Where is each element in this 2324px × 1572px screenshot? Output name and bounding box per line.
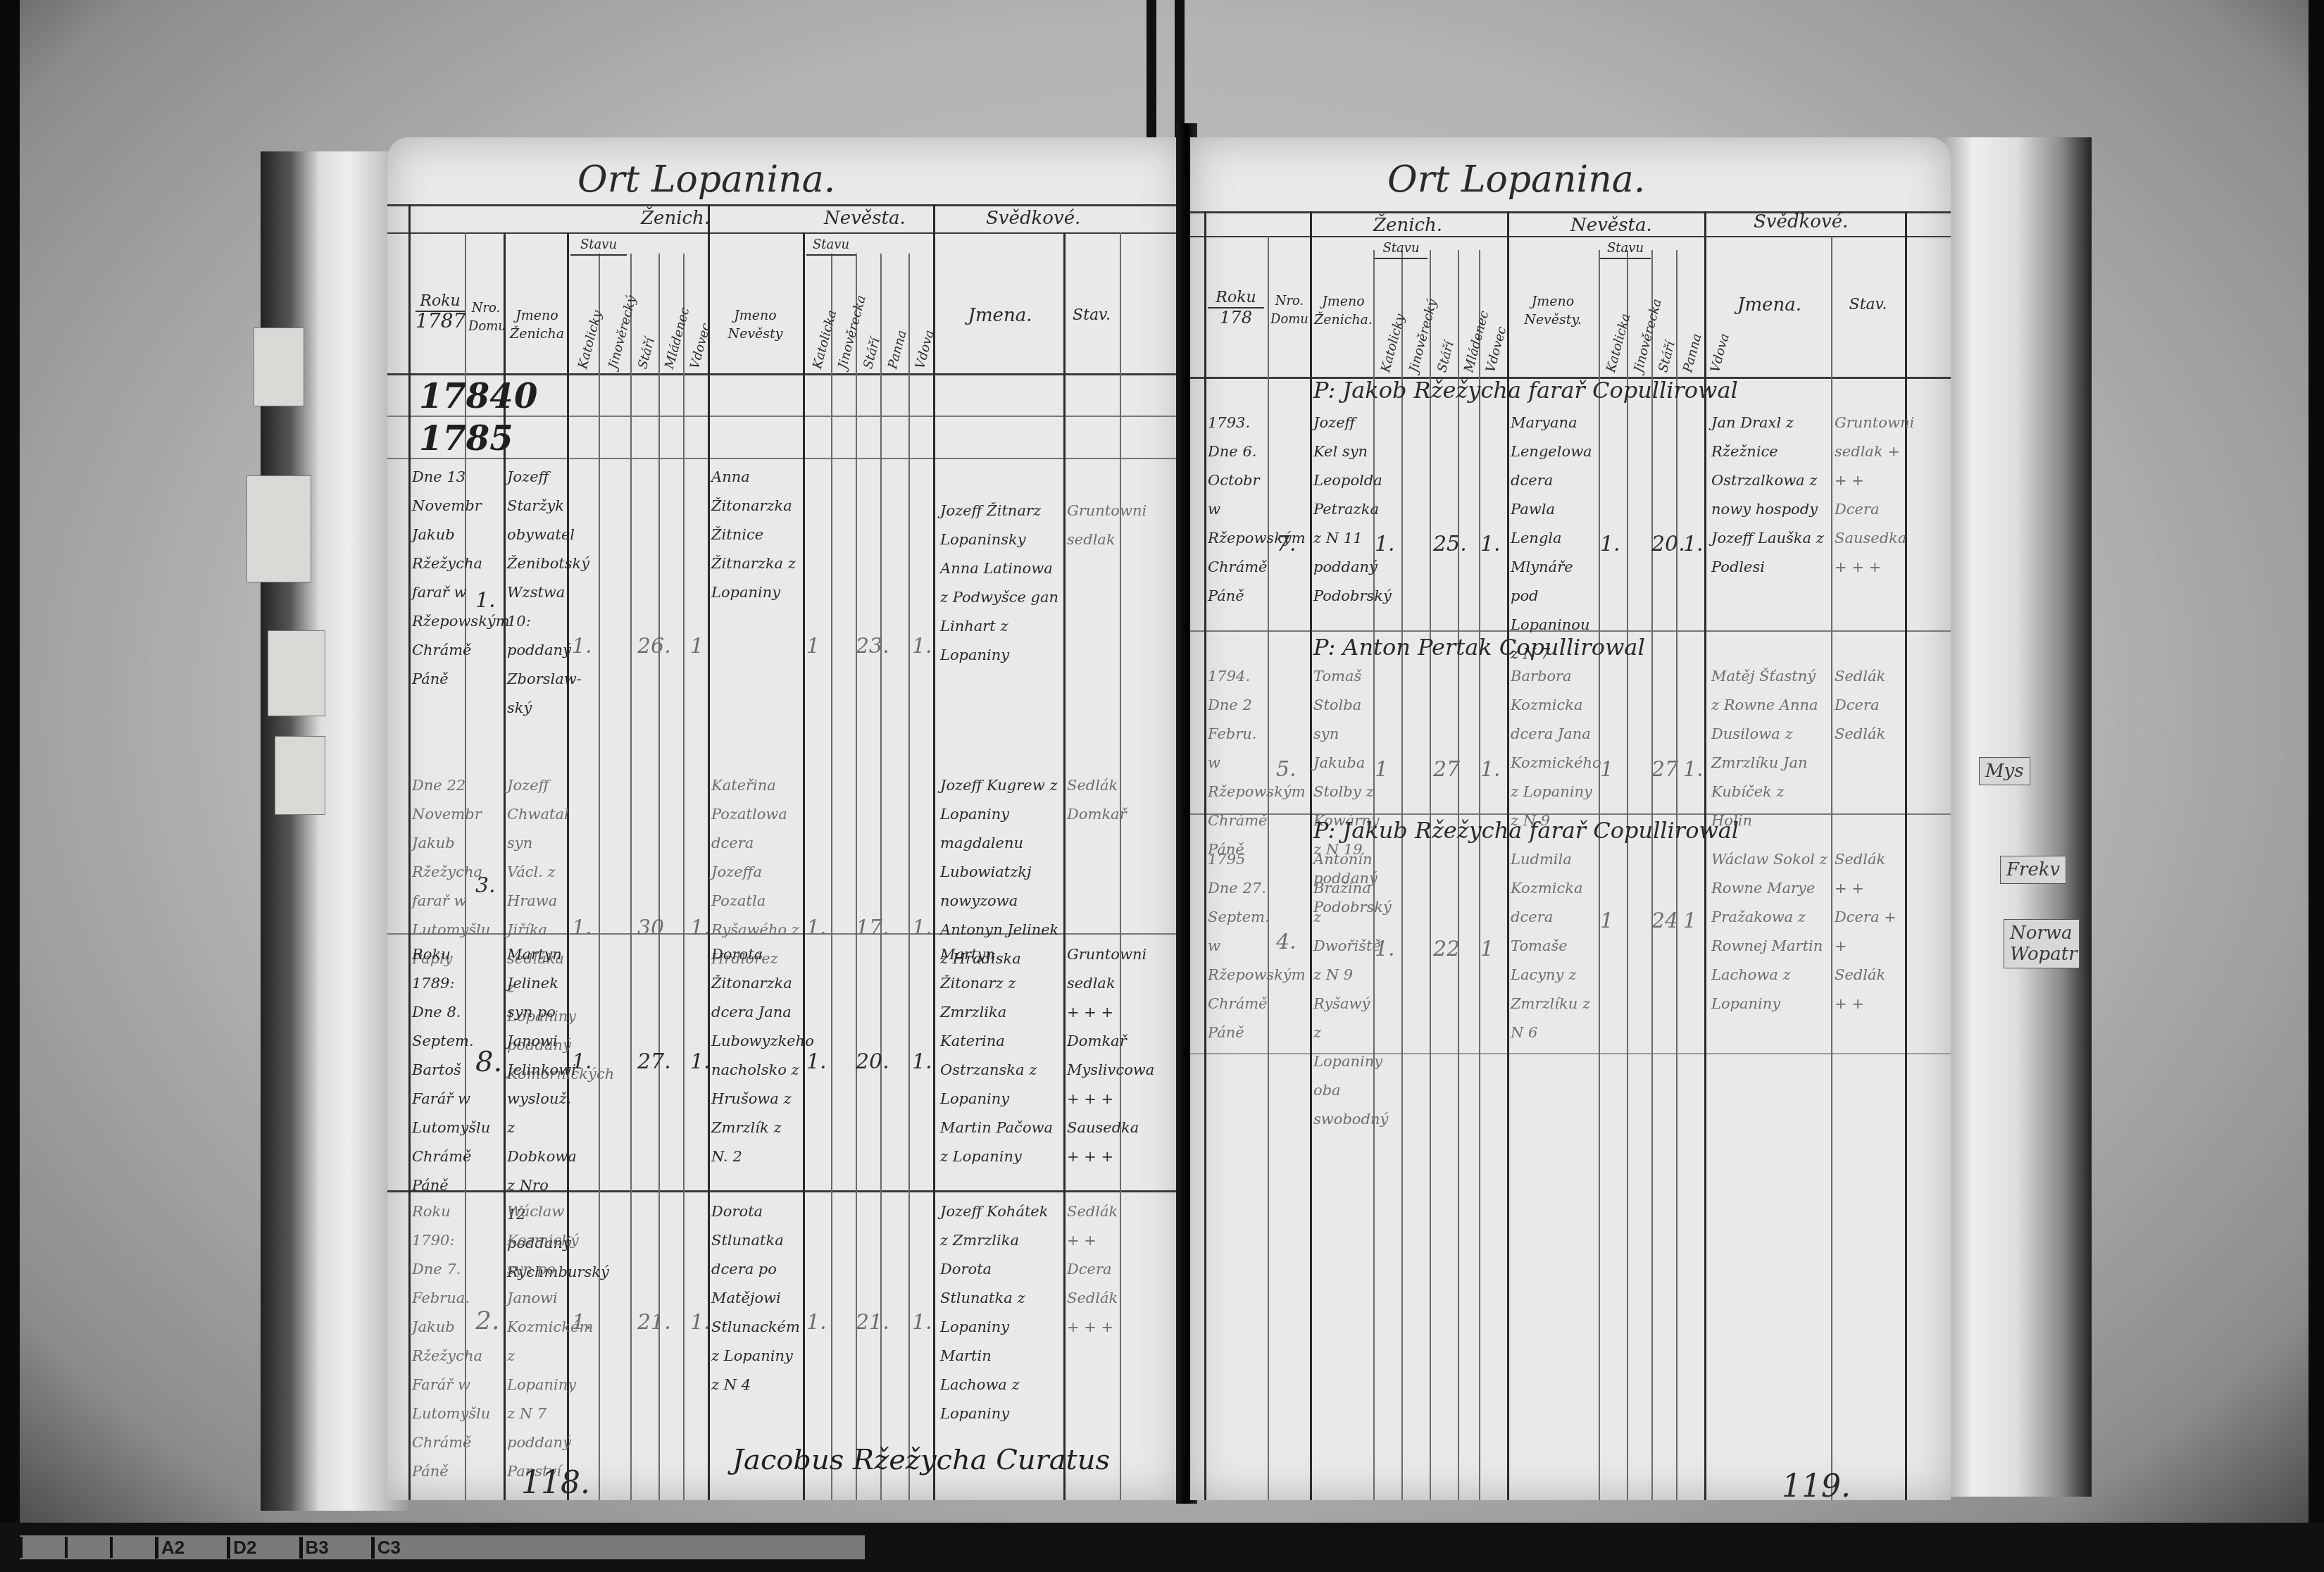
film-edge-right [2309, 0, 2324, 1572]
column-rule [708, 204, 710, 1500]
header-rule [1190, 236, 1951, 237]
entry-bride: Maryana Lengelowa dcera Pawla Lengla Mly… [1511, 408, 1595, 668]
groom-bachelor-mark: 1 [1480, 937, 1494, 961]
groom-catholic-mark: 1. [572, 1310, 592, 1335]
group-header-witnesses: Svědkové. [1754, 211, 1848, 232]
entry-house-no: 7. [1276, 532, 1297, 556]
page-block-right [1944, 137, 2092, 1497]
groom-age: 21. [637, 1310, 671, 1335]
bride-catholic-mark: 1 [806, 634, 820, 659]
groom-catholic-mark: 1. [572, 634, 592, 659]
entry-house-no: 5. [1276, 757, 1297, 782]
groom-catholic-mark: 1. [572, 1049, 592, 1074]
entry-date: 1794. Dne 2 Febru. w Ržepowským Chrámě P… [1208, 662, 1268, 864]
scale-tick [110, 1537, 113, 1558]
film-edge-left [0, 0, 20, 1572]
officiant-banner: P: Anton Pertak Copullirowal [1313, 634, 1645, 661]
groom-age: 27. [637, 1049, 671, 1074]
entry-witness-status: Sedlák + + Dcera + + Sedlák + + [1835, 845, 1901, 1018]
entry-witness-status: Sedlák + + Dcera Sedlák + + + [1067, 1197, 1116, 1342]
column-rule [803, 232, 805, 1500]
bride-catholic-mark: 1 [1600, 909, 1613, 933]
entry-groom: Jozeff Staržyk obywatel Ženibotský Wzstw… [507, 463, 570, 723]
column-header-bride-status: Stavu [806, 236, 856, 256]
entry-witness-status: Sedlák Domkař [1067, 771, 1116, 829]
entry-witnesses: Matěj Šťastný z Rowne Anna Dusilowa z Zm… [1711, 662, 1828, 835]
index-tab: Norwa Wopatr [2004, 919, 2080, 968]
column-rule [1063, 232, 1066, 1500]
paper-strip-tab [268, 630, 325, 716]
entry-witnesses: Jozeff Žitnarz Lopaninsky Anna Latinowa … [940, 497, 1060, 670]
entry-date: 1795 Dne 27. Septem. w Ržepowským Chrámě… [1208, 845, 1268, 1047]
column-header-witness-status: Stav. [1835, 296, 1901, 314]
bride-catholic-mark: 1. [806, 1049, 827, 1074]
page-title: Ort Lopanina. [577, 158, 835, 201]
entry-witnesses: Jozeff Kohátek z Zmrzlika Dorota Stlunat… [940, 1197, 1060, 1428]
entry-house-no: 1. [475, 588, 496, 613]
column-header-groom-name: Jmeno Ženicha [507, 306, 567, 343]
column-header-groom-catholic: Katolicky [1377, 312, 1410, 375]
groom-catholic-mark: 1. [1375, 937, 1395, 961]
column-header-year-label: Roku [416, 292, 465, 311]
column-rule [831, 254, 832, 1500]
paper-strip-tab [275, 736, 325, 815]
groom-bachelor-mark: 1. [690, 1049, 711, 1074]
column-header-year-label: Roku [1208, 289, 1264, 307]
entry-bride: Dorota Žitonarzka dcera Jana Lubowyzkeho… [711, 940, 799, 1171]
groom-bachelor-mark: 1 [690, 634, 704, 659]
bride-catholic-mark: 1. [806, 916, 827, 940]
entry-groom: Wáclaw Kozmický syn po Janowi Kozmickém … [507, 1197, 570, 1486]
bride-age: 20. [1651, 532, 1685, 556]
page-number: 118. [521, 1465, 590, 1501]
entry-bride: Dorota Stlunatka dcera po Matějowi Stlun… [711, 1197, 799, 1399]
column-rule [1905, 211, 1907, 1500]
scale-tick [65, 1537, 68, 1558]
column-rule [1120, 232, 1121, 1500]
entry-bride: Anna Žitonarzka Žitnice Žitnarzka z Lopa… [711, 463, 799, 607]
entry-house-no: 3. [475, 873, 496, 898]
group-header-bride: Nevěsta. [824, 208, 906, 229]
bride-maiden-mark: 1. [912, 634, 932, 659]
column-header-witness-status: Stav. [1067, 306, 1116, 325]
column-rule [1479, 250, 1480, 1500]
column-header-year-value: 1787 [416, 311, 465, 330]
groom-bachelor-mark: 1. [690, 1310, 711, 1335]
entry-witness-status: Gruntowni sedlak + + + Dcera Sausedka + … [1835, 408, 1901, 582]
groom-age: 22 [1433, 937, 1460, 961]
entry-witness-status: Sedlák Dcera Sedlák [1835, 662, 1901, 749]
row-rule [1190, 1053, 1951, 1054]
paper-strip-tab [246, 475, 311, 582]
column-rule [1651, 250, 1653, 1500]
groom-catholic-mark: 1. [1375, 532, 1395, 556]
column-rule [599, 254, 600, 1500]
column-rule [1310, 211, 1312, 1500]
column-header-witness-name: Jmena. [1711, 296, 1828, 314]
entry-witnesses: Jan Draxl z Ržežnice Ostrzalkowa z nowy … [1711, 408, 1828, 582]
scale-label: C3 [371, 1537, 401, 1559]
entry-witnesses: Martyn Žitonarz z Zmrzlika Katerina Ostr… [940, 940, 1060, 1171]
column-rule [1627, 250, 1628, 1500]
groom-age: 25. [1433, 532, 1467, 556]
scale-label: A2 [155, 1537, 185, 1559]
bride-catholic-mark: 1 [1600, 757, 1613, 782]
entry-witness-status: Gruntowni sedlak + + + Domkař Myslivcowa… [1067, 940, 1116, 1171]
year-mark: 1785 [419, 419, 513, 458]
column-header-year: Roku 1787 [416, 292, 465, 330]
entry-date: Roku 1790: Dne 7. Februa. Jakub Ržežycha… [412, 1197, 475, 1486]
bride-catholic-mark: 1. [1600, 532, 1620, 556]
column-rule [1831, 236, 1832, 1500]
column-rule [1268, 236, 1269, 1500]
scale-tick [20, 1537, 23, 1558]
scale-label: B3 [299, 1537, 329, 1559]
column-header-groom-age: Stáří [1433, 339, 1459, 375]
bride-age: 27 [1651, 757, 1678, 782]
column-header-groom-status: Stavu [1375, 239, 1427, 259]
groom-bachelor-mark: 1. [1480, 757, 1501, 782]
bride-maiden-mark: 1. [912, 1310, 932, 1335]
left-page: Ort Lopanina. Ženich. Nevěsta. Svědkové. [387, 137, 1183, 1500]
column-header-house-no: Nro. Domu [468, 299, 504, 336]
entry-groom: Jozeff Kel syn Leopolda Petrazka z N 11 … [1313, 408, 1377, 611]
column-header-groom-status: Stavu [570, 236, 627, 256]
group-header-groom: Ženich. [641, 208, 710, 229]
right-page: Ort Lopanina. Ženich. Nevěsta. Svědkové.… [1190, 137, 1951, 1500]
bride-maiden-mark: 1 [1683, 909, 1697, 933]
column-header-bride-name: Jmeno Nevěsty [711, 306, 799, 343]
header-rule [387, 204, 1183, 206]
scale-strip: A2 D2 B3 C3 [20, 1535, 865, 1559]
column-header-groom-name: Jmeno Ženicha. [1313, 292, 1373, 329]
entry-date: Roku 1789: Dne 8. Septem. Bartoš Farář w… [412, 940, 475, 1200]
bride-age: 23. [856, 634, 889, 659]
scale-label: D2 [227, 1537, 256, 1559]
column-header-groom-catholic: Katolicky [574, 308, 607, 371]
bride-age: 24 [1651, 909, 1678, 933]
column-rule [1401, 250, 1403, 1500]
column-rule [1458, 250, 1459, 1500]
index-tab: Frekv [2000, 856, 2066, 884]
groom-catholic-mark: 1 [1375, 757, 1388, 782]
column-rule [408, 204, 411, 1500]
entry-house-no: 8. [475, 1046, 502, 1078]
column-header-bride-maiden: Panna [884, 328, 912, 371]
column-rule [933, 204, 935, 1500]
column-header-witness-name: Jmena. [944, 306, 1056, 325]
column-header-bride-status: Stavu [1600, 239, 1651, 259]
bride-catholic-mark: 1. [806, 1310, 827, 1335]
page-title: Ort Lopanina. [1387, 158, 1645, 201]
column-rule [1676, 250, 1678, 1500]
column-rule [1704, 211, 1706, 1500]
column-rule [908, 254, 910, 1500]
bride-age: 17. [856, 916, 889, 940]
column-header-year: Roku 178 [1208, 289, 1264, 327]
groom-age: 26. [637, 634, 671, 659]
page-number: 119. [1782, 1468, 1851, 1504]
officiant-banner: P: Jakob Ržežycha farař Copullirowal [1313, 377, 1738, 404]
column-header-bride-name: Jmeno Nevěsty. [1511, 292, 1595, 329]
column-header-bride-maiden: Panna [1679, 332, 1707, 375]
groom-age: 27 [1433, 757, 1460, 782]
entry-witness-status: Gruntowni sedlak [1067, 497, 1116, 554]
open-book: Ort Lopanina. Ženich. Nevěsta. Svědkové. [261, 123, 2092, 1511]
paper-strip-tab [254, 327, 304, 406]
index-tab: Mys [1979, 757, 2030, 785]
groom-age: 30 [637, 916, 664, 940]
bride-age: 21. [856, 1310, 889, 1335]
entry-date: 1793. Dne 6. Octobr w Ržepowským Chrámě … [1208, 408, 1268, 611]
entry-bride: Barbora Kozmicka dcera Jana Kozmického z… [1511, 662, 1595, 835]
column-rule [630, 254, 632, 1500]
column-rule [1599, 250, 1600, 1500]
bride-age: 20. [856, 1049, 889, 1074]
entry-house-no: 4. [1276, 930, 1297, 954]
entry-house-no: 2. [475, 1306, 499, 1335]
groom-catholic-mark: 1. [572, 916, 592, 940]
group-header-bride: Nevěsta. [1570, 215, 1652, 236]
officiant-banner: P: Jakub Ržežycha farař Copullirowal [1313, 817, 1739, 844]
bride-maiden-mark: 1. [912, 1049, 932, 1074]
column-header-bride-widow: Vdova [1706, 332, 1735, 375]
group-header-groom: Ženich. [1373, 215, 1442, 236]
entry-date: Dne 13 Novembr Jakub Ržežycha farař w Rž… [412, 463, 475, 694]
column-header-house-no: Nro. Domu [1269, 292, 1310, 329]
bride-maiden-mark: 1. [1683, 757, 1704, 782]
column-rule [683, 254, 685, 1500]
bride-maiden-mark: 1. [1683, 532, 1704, 556]
year-mark: 1784 [419, 377, 513, 416]
curate-signature: Jacobus Ržežycha Curatus [732, 1444, 1110, 1476]
nil-mark: 0 [514, 377, 537, 416]
group-header-witnesses: Svědkové. [986, 208, 1080, 229]
column-header-groom-age: Stáří [634, 336, 660, 371]
entry-bride: Ludmila Kozmicka dcera Tomaše Lacyny z Z… [1511, 845, 1595, 1047]
groom-bachelor-mark: 1. [690, 916, 711, 940]
groom-bachelor-mark: 1. [1480, 532, 1501, 556]
column-rule [1204, 211, 1206, 1500]
column-rule [1507, 211, 1509, 1500]
bride-maiden-mark: 1. [912, 916, 932, 940]
column-rule [1430, 250, 1431, 1500]
entry-groom: Antonín Bražina z Dwořiště z N 9 Ryšawý … [1313, 845, 1377, 1134]
entry-witnesses: Wáclaw Sokol z Rowne Marye Pražakowa z R… [1711, 845, 1828, 1018]
column-header-year-value: 178 [1208, 307, 1264, 327]
